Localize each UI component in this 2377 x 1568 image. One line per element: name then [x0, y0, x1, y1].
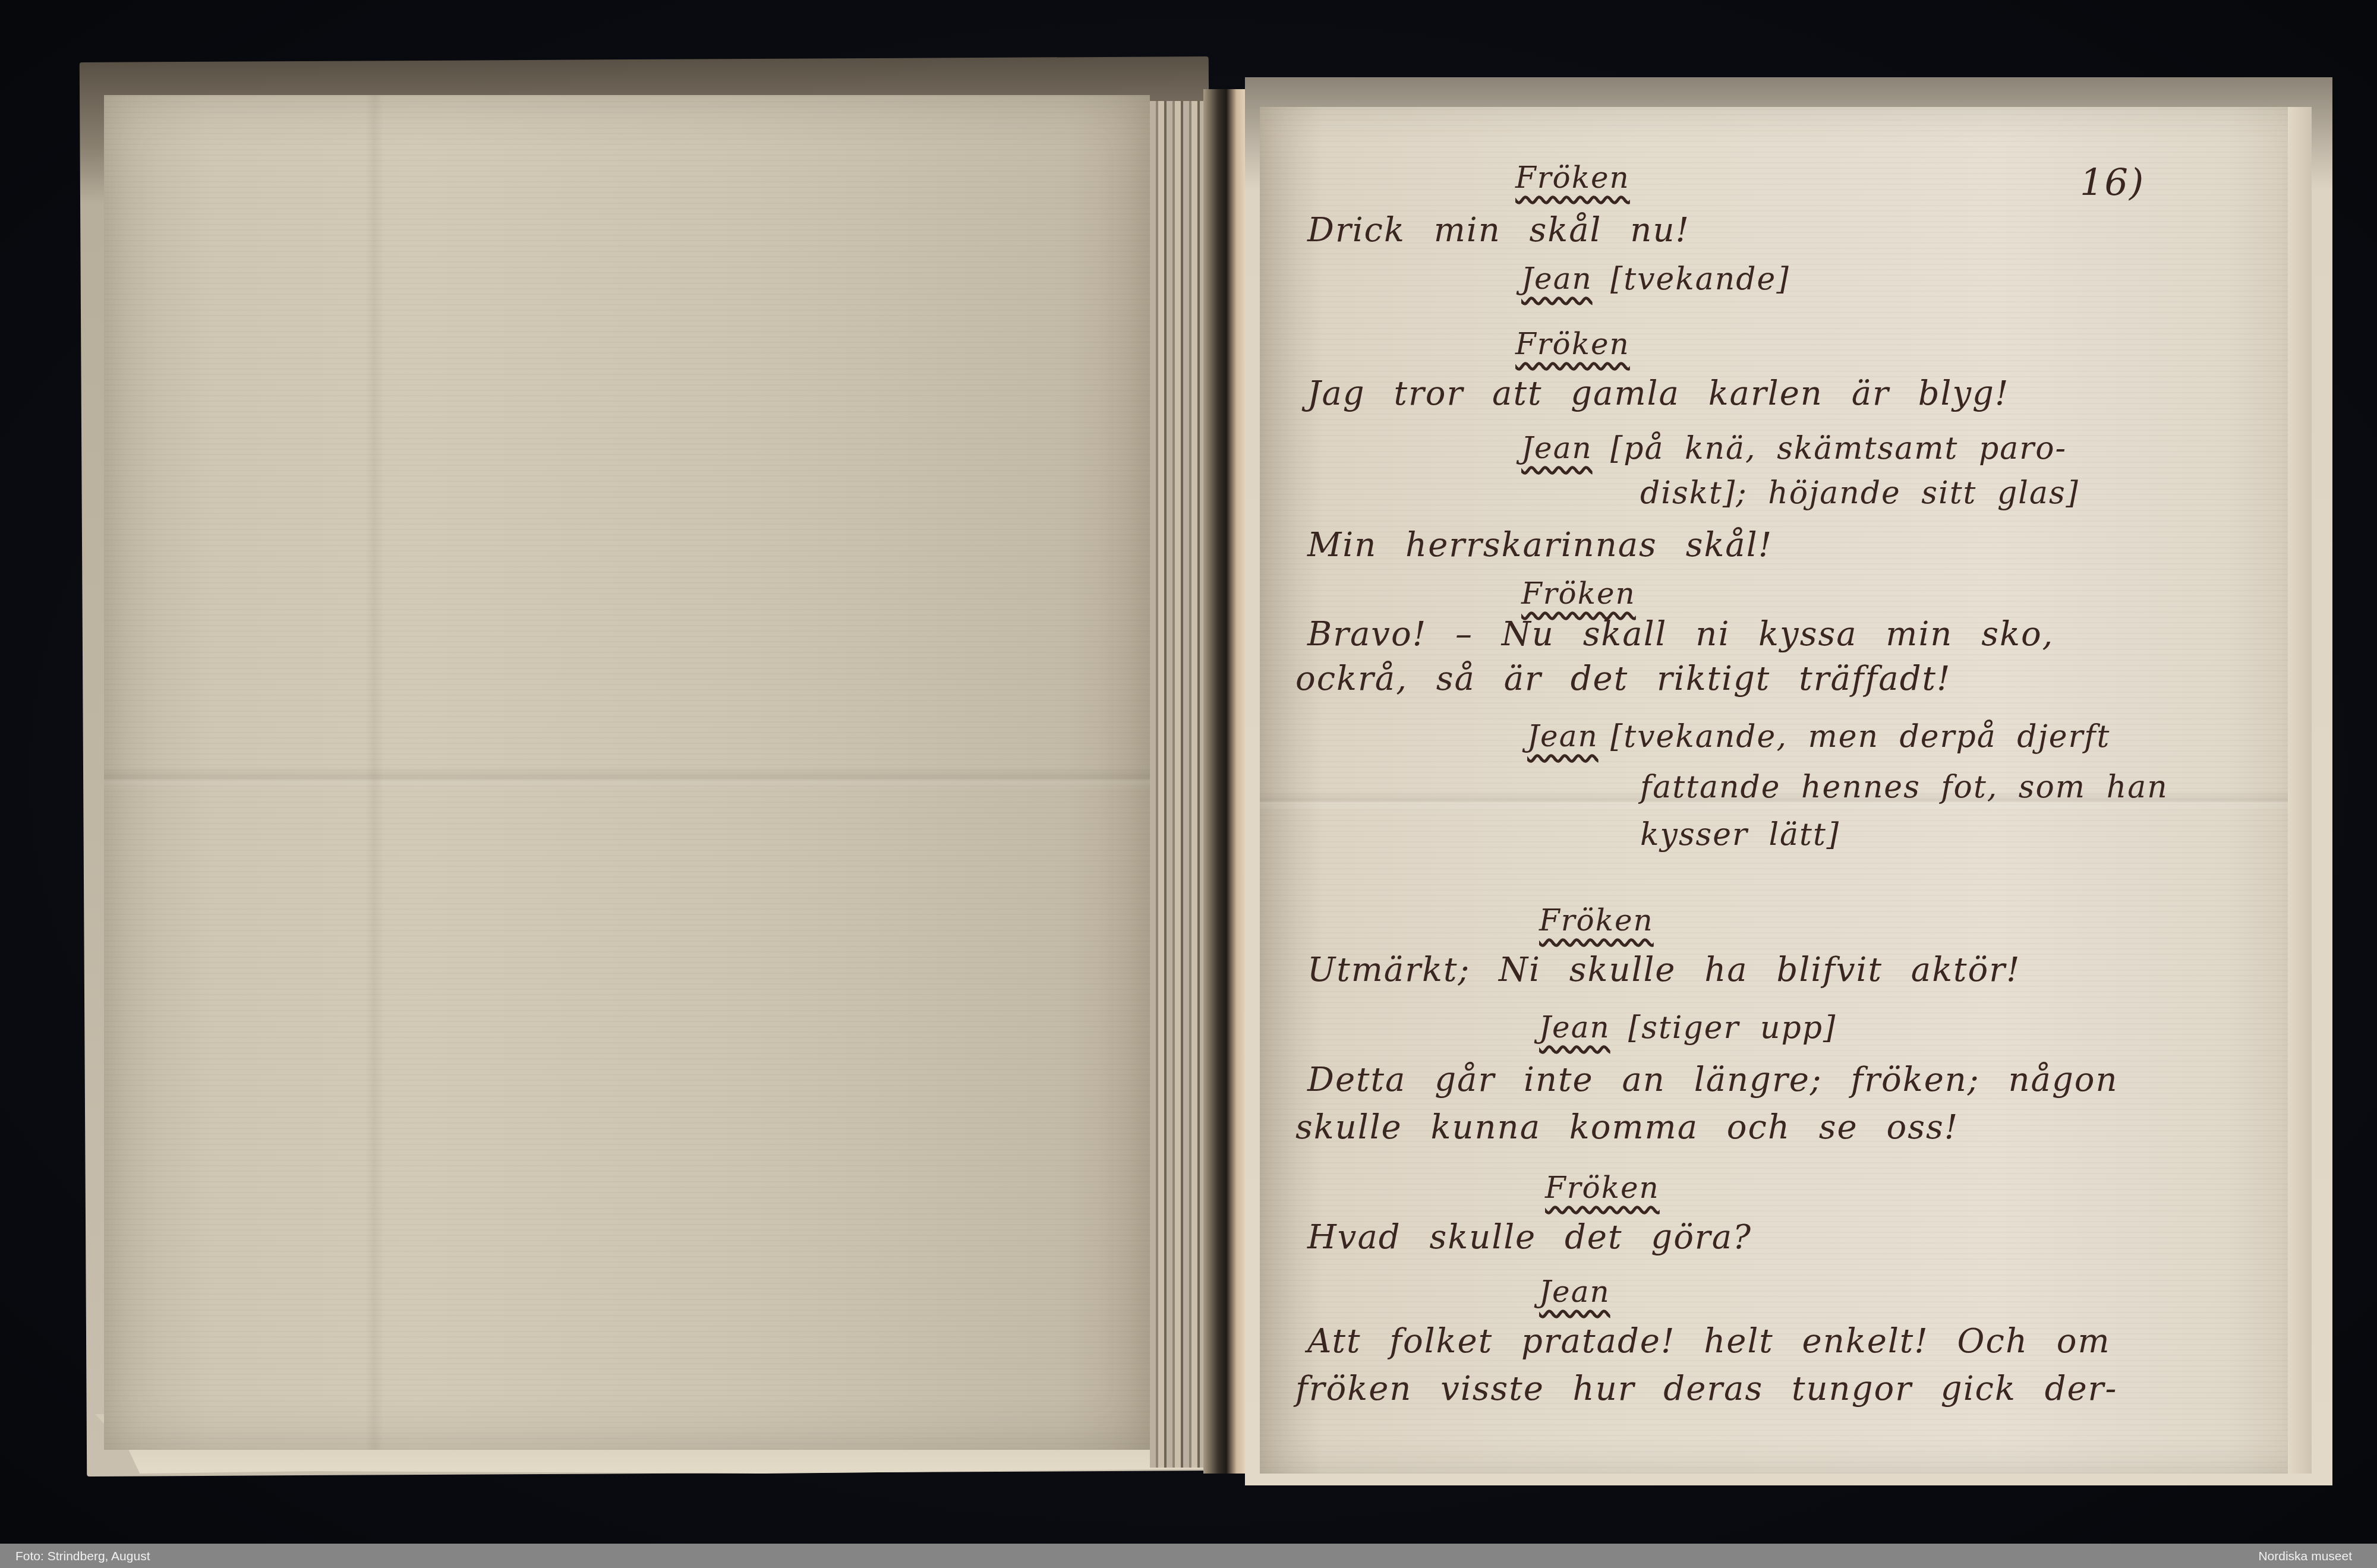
dialogue-line: ockrå, så är det riktigt träffadt!: [1295, 660, 1951, 698]
dialogue-line: Utmärkt; Ni skulle ha blifvit aktör!: [1307, 951, 2021, 989]
dialogue-line: Bravo! – Nu skall ni kyssa min sko,: [1307, 615, 2054, 654]
fold-crease: [365, 95, 383, 1450]
speaker-name: Fröken: [1521, 576, 1636, 611]
dialogue-line: Att folket pratade! helt enkelt! Och om: [1307, 1322, 2111, 1361]
stage-direction: kysser lätt]: [1640, 817, 1840, 853]
speaker-name: Jean: [1521, 261, 1593, 296]
speaker-name: Jean: [1527, 719, 1599, 753]
page-edge: [2288, 107, 2312, 1474]
dialogue-line: Jag tror att gamla karlen är blyg!: [1307, 374, 2009, 413]
speaker-name: Jean: [1521, 431, 1593, 465]
stage-direction: [på knä, skämtsamt paro-: [1610, 431, 2067, 466]
stage-direction: diskt]; höjande sitt glas]: [1640, 475, 2079, 511]
left-page-blank: [104, 95, 1150, 1450]
stage-direction: [stiger upp]: [1628, 1010, 1836, 1046]
institution-name: Nordiska museet: [2258, 1550, 2352, 1564]
dialogue-line: fröken visste hur deras tungor gick der-: [1295, 1370, 2117, 1408]
dialogue-line: skulle kunna komma och se oss!: [1295, 1108, 1959, 1147]
speaker-name: Jean: [1539, 1010, 1610, 1045]
stage-direction: [tvekande]: [1610, 261, 1790, 297]
page-number: 16): [2080, 160, 2145, 204]
fold-crease: [104, 766, 1150, 790]
dialogue-line: Min herrskarinnas skål!: [1307, 526, 1773, 564]
manuscript-photograph: 16) Fröken Drick min skål nu! Jean [tvek…: [0, 0, 2377, 1544]
speaker-name: Fröken: [1515, 327, 1630, 361]
speaker-name: Fröken: [1515, 160, 1630, 195]
page-edges-left: [1150, 101, 1203, 1468]
dialogue-line: Detta går inte an längre; fröken; någon: [1307, 1061, 2119, 1099]
speaker-name: Jean: [1539, 1274, 1610, 1309]
photo-credit: Foto: Strindberg, August: [15, 1550, 150, 1564]
dialogue-line: Hvad skulle det göra?: [1307, 1218, 1752, 1257]
binding-gutter: [1203, 89, 1245, 1474]
dialogue-line: Drick min skål nu!: [1307, 211, 1690, 250]
stage-direction: [tvekande, men derpå djerft: [1610, 719, 2110, 755]
right-page-manuscript: 16) Fröken Drick min skål nu! Jean [tvek…: [1260, 107, 2312, 1474]
caption-bar: Foto: Strindberg, August Nordiska museet: [0, 1544, 2377, 1568]
speaker-name: Fröken: [1539, 903, 1654, 938]
speaker-name: Fröken: [1545, 1171, 1660, 1205]
stage-direction: fattande hennes fot, som han: [1640, 769, 2168, 805]
